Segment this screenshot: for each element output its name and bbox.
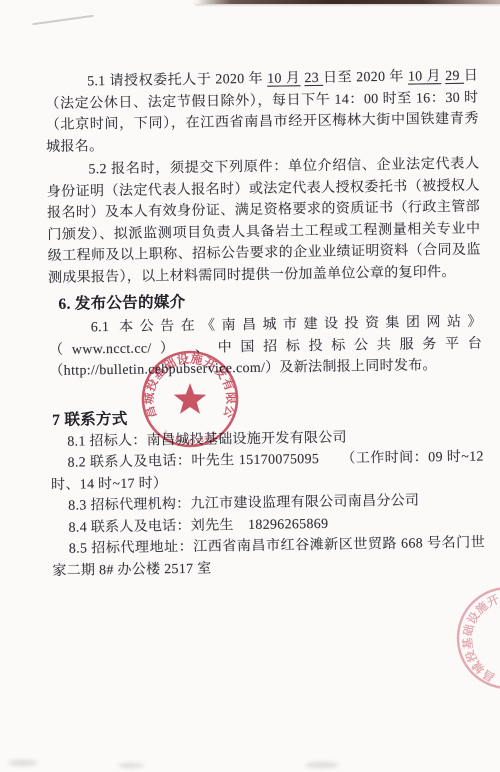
clause-6-1: 6.1 本公告在《南昌城市建设投资集团网站》 （www.ncct.cc/） 、中… bbox=[49, 312, 483, 383]
scan-smudge bbox=[8, 760, 38, 766]
corner-seal-ring bbox=[438, 568, 500, 708]
contact-item-agency-address: 8.5 招标代理地址：江西省南昌市红谷滩新区世贸路 668 号名门世家二期 8#… bbox=[52, 533, 486, 582]
scan-scratch-mark bbox=[32, 15, 94, 25]
corner-seal-stamp: 南昌城投基础设施开发有限公司 bbox=[438, 568, 500, 708]
clause-5-2: 5.2 报名时，须提交下列原件：单位介绍信、企业法定代表人身份证明（法定代表人报… bbox=[46, 154, 481, 289]
scan-smudge bbox=[305, 762, 339, 768]
scanned-document-page: 5.1 请授权委托人于 2020 年 10 月 23 日至 2020 年 10 … bbox=[0, 0, 500, 772]
scan-smudge bbox=[118, 763, 144, 768]
corner-seal-company-text: 南昌城投基础设施开发有限公司 bbox=[438, 568, 500, 707]
clause-5-1: 5.1 请授权委托人于 2020 年 10 月 23 日至 2020 年 10 … bbox=[45, 66, 479, 158]
document-text: 5.1 请授权委托人于 2020 年 10 月 23 日至 2020 年 10 … bbox=[45, 66, 486, 582]
scan-edge-artifact bbox=[195, 0, 500, 4]
contact-item-bidder-phone: 8.2 联系人及电话：叶先生 15170075095 （工作时间：09 时~12… bbox=[51, 447, 485, 496]
